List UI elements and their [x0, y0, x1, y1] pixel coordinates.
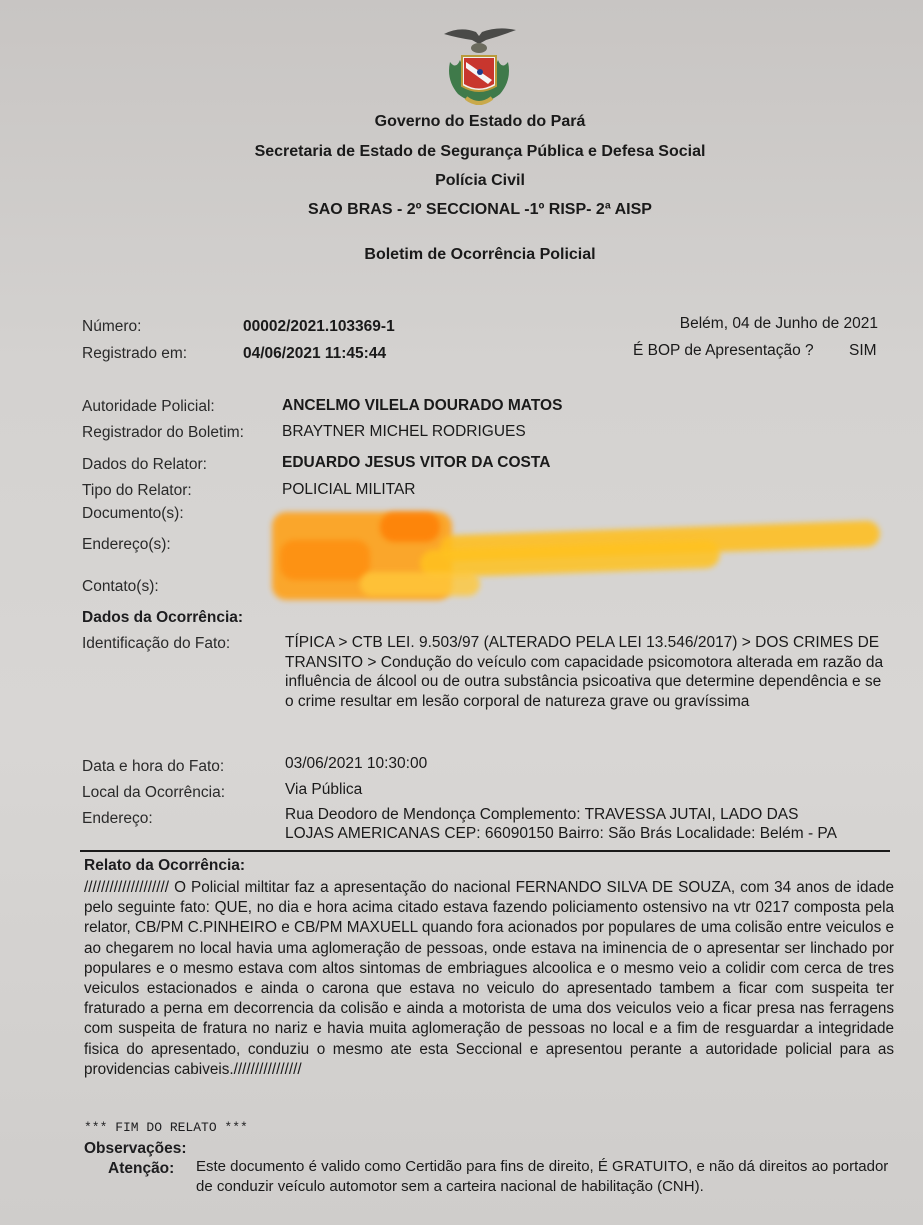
local-value: Via Pública: [285, 781, 362, 799]
endereco-line2: LOJAS AMERICANAS CEP: 66090150 Bairro: S…: [285, 825, 837, 843]
relato-title: Relato da Ocorrência:: [84, 857, 245, 875]
registrador-value: BRAYTNER MICHEL RODRIGUES: [282, 423, 526, 441]
registrado-value: 04/06/2021 11:45:44: [243, 345, 386, 363]
numero-value: 00002/2021.103369-1: [243, 318, 395, 336]
atencao-label: Atenção:: [108, 1160, 174, 1178]
numero-label: Número:: [82, 318, 141, 336]
tipo-relator-label: Tipo do Relator:: [82, 482, 192, 500]
document-title: Boletim de Ocorrência Policial: [0, 246, 923, 264]
data-fato-value: 03/06/2021 10:30:00: [285, 755, 427, 773]
header-government: Governo do Estado do Pará: [0, 113, 923, 131]
fim-relato-marker: *** FIM DO RELATO ***: [84, 1120, 248, 1135]
fato-value: TÍPICA > CTB LEI. 9.503/97 (ALTERADO PEL…: [285, 633, 885, 711]
state-coat-of-arms-icon: [440, 22, 518, 108]
fato-label: Identificação do Fato:: [82, 635, 230, 653]
police-report-document: Governo do Estado do Pará Secretaria de …: [0, 0, 923, 1225]
autoridade-value: ANCELMO VILELA DOURADO MATOS: [282, 397, 562, 415]
observacoes-label: Observações:: [84, 1140, 187, 1158]
registrado-label: Registrado em:: [82, 345, 187, 363]
bop-value: SIM: [849, 342, 877, 360]
data-fato-label: Data e hora do Fato:: [82, 758, 224, 776]
tipo-relator-value: POLICIAL MILITAR: [282, 481, 416, 499]
endereco-label: Endereço:: [82, 810, 153, 828]
relator-label: Dados do Relator:: [82, 456, 207, 474]
local-label: Local da Ocorrência:: [82, 784, 225, 802]
place-date: Belém, 04 de Junho de 2021: [680, 315, 878, 333]
documentos-label: Documento(s):: [82, 505, 184, 523]
header-police: Polícia Civil: [0, 172, 923, 190]
autoridade-label: Autoridade Policial:: [82, 398, 215, 416]
bop-label: É BOP de Apresentação ?: [633, 342, 814, 360]
header-secretariat: Secretaria de Estado de Segurança Públic…: [0, 143, 923, 161]
section-divider: [80, 850, 890, 852]
relator-value: EDUARDO JESUS VITOR DA COSTA: [282, 454, 550, 472]
endereco-line1: Rua Deodoro de Mendonça Complemento: TRA…: [285, 806, 798, 824]
dados-ocorrencia-title: Dados da Ocorrência:: [82, 609, 243, 627]
contatos-label: Contato(s):: [82, 578, 159, 596]
atencao-text: Este documento é valido como Certidão pa…: [196, 1157, 896, 1197]
relato-text: //////////////////// O Policial miltitar…: [84, 878, 894, 1080]
registrador-label: Registrador do Boletim:: [82, 424, 244, 442]
header-unit: SAO BRAS - 2º SECCIONAL -1º RISP- 2ª AIS…: [0, 201, 923, 219]
enderecos-label: Endereço(s):: [82, 536, 171, 554]
